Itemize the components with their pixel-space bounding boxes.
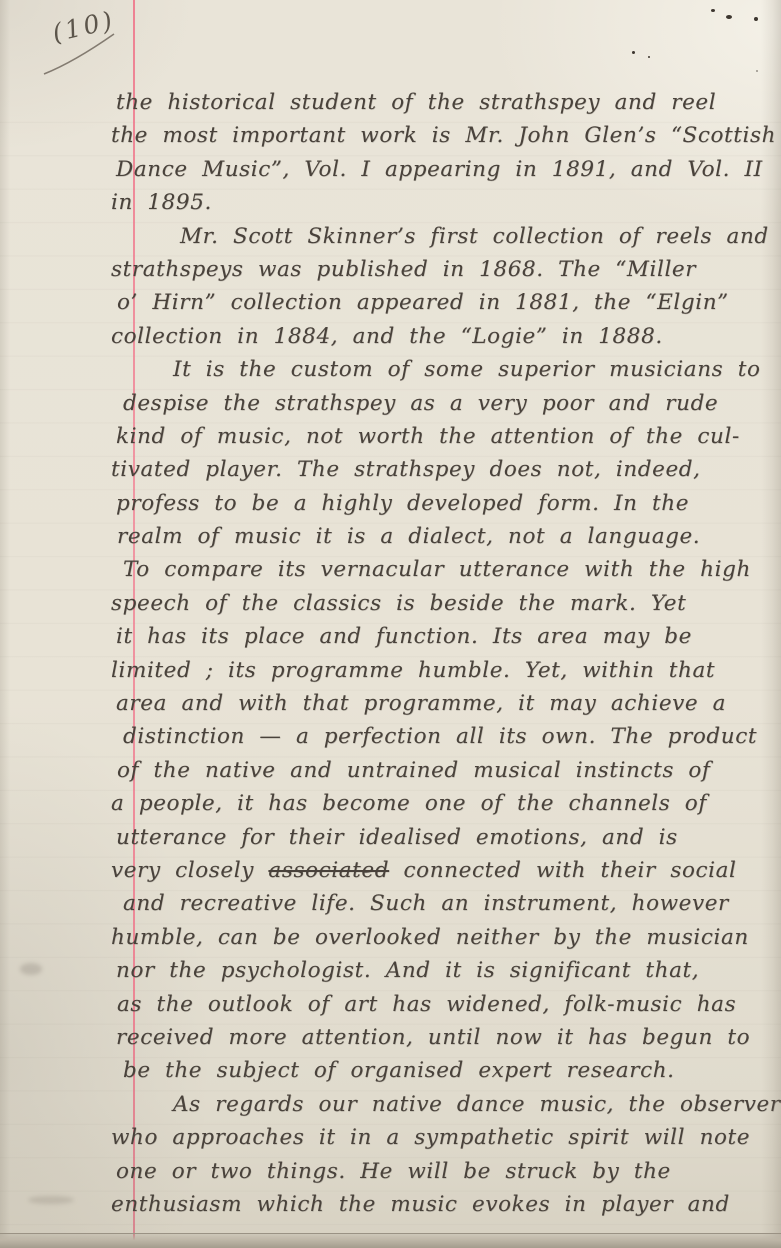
manuscript-line: strathspeys was published in 1868. The “… [111,253,764,286]
line-text: very closely [111,858,268,883]
line-text: of the native and untrained musical inst… [117,758,711,783]
line-text: utterance for their idealised emotions, … [116,825,678,850]
manuscript-line: very closely associated connected with t… [111,854,764,887]
ink-speck [711,9,715,12]
manuscript-line: profess to be a highly developed form. I… [116,487,764,520]
line-text: as the outlook of art has widened, folk-… [117,992,736,1017]
manuscript-line: realm of music it is a dialect, not a la… [117,520,764,553]
manuscript-line: humble, can be overlooked neither by the… [111,921,764,954]
manuscript-line: nor the psychologist. And it is signific… [116,954,764,987]
line-text: be the subject of organised expert resea… [123,1058,675,1083]
ink-speck [648,56,650,58]
manuscript-line: enthusiasm which the music evokes in pla… [111,1188,764,1221]
manuscript-line: o’ Hirn” collection appeared in 1881, th… [117,286,764,319]
line-text: As regards our native dance music, the o… [173,1092,781,1117]
manuscript-line: of the native and untrained musical inst… [117,754,764,787]
ink-speck [756,70,758,72]
page-number-flourish-stroke [40,28,120,78]
line-text: speech of the classics is beside the mar… [111,591,686,616]
manuscript-line: collection in 1884, and the “Logie” in 1… [111,320,764,353]
line-text: Dance Music”, Vol. I appearing in 1891, … [116,157,763,182]
line-text: o’ Hirn” collection appeared in 1881, th… [117,290,729,315]
line-text: and recreative life. Such an instrument,… [123,891,729,916]
line-text: despise the strathspey as a very poor an… [123,391,718,416]
bottom-edge-shadow [0,1233,781,1248]
ink-speck [632,51,635,54]
line-text: who approaches it in a sympathetic spiri… [111,1125,750,1150]
line-text: To compare its vernacular utterance with… [123,557,751,582]
line-text: profess to be a highly developed form. I… [116,491,689,516]
ink-speck [726,15,732,19]
line-text: one or two things. He will be struck by … [116,1159,671,1184]
line-text: area and with that programme, it may ach… [116,691,726,716]
line-text: distinction — a perfection all its own. … [123,724,757,749]
manuscript-line: one or two things. He will be struck by … [116,1155,764,1188]
manuscript-line: distinction — a perfection all its own. … [123,720,764,753]
line-text: the most important work is Mr. John Glen… [111,123,776,148]
struck-word: associated [268,858,389,883]
manuscript-line: tivated player. The strathspey does not,… [111,453,764,486]
line-text: in 1895. [111,190,212,215]
manuscript-line: in 1895. [111,186,764,219]
line-text: received more attention, until now it ha… [116,1025,750,1050]
page-edge-shadow [761,0,781,1248]
smudge-mark [28,1196,74,1204]
manuscript-line: area and with that programme, it may ach… [116,687,764,720]
manuscript-line: As regards our native dance music, the o… [116,1088,764,1121]
line-text: Mr. Scott Skinner’s first collection of … [180,224,769,249]
manuscript-line: It is the custom of some superior musici… [116,353,764,386]
manuscript-line: as the outlook of art has widened, folk-… [117,988,764,1021]
line-text: nor the psychologist. And it is signific… [116,958,699,983]
line-text: humble, can be overlooked neither by the… [111,925,749,950]
manuscript-line: be the subject of organised expert resea… [123,1054,764,1087]
manuscript-line: the most important work is Mr. John Glen… [111,119,764,152]
line-text: realm of music it is a dialect, not a la… [117,524,700,549]
manuscript-line: the historical student of the strathspey… [116,86,764,119]
line-text: it has its place and function. Its area … [116,624,692,649]
left-edge-shading [0,0,10,1248]
line-text: enthusiasm which the music evokes in pla… [111,1192,730,1217]
smudge-mark [20,963,42,975]
manuscript-line: kind of music, not worth the attention o… [116,420,764,453]
line-text: the historical student of the strathspey… [116,90,716,115]
line-text: kind of music, not worth the attention o… [116,424,740,449]
line-text: connected with their social [389,858,736,883]
manuscript-lines: the historical student of the strathspey… [116,86,764,1221]
manuscript-line: a people, it has become one of the chann… [111,787,764,820]
manuscript-line: speech of the classics is beside the mar… [111,587,764,620]
manuscript-line: and recreative life. Such an instrument,… [123,887,764,920]
line-text: tivated player. The strathspey does not,… [111,457,701,482]
manuscript-line: Mr. Scott Skinner’s first collection of … [123,220,764,253]
line-text: a people, it has become one of the chann… [111,791,707,816]
manuscript-page: (10) the historical student of the strat… [0,0,781,1248]
line-text: limited ; its programme humble. Yet, wit… [111,658,715,683]
ink-speck [754,17,758,21]
manuscript-line: utterance for their idealised emotions, … [116,821,764,854]
manuscript-line: To compare its vernacular utterance with… [123,553,764,586]
line-text: collection in 1884, and the “Logie” in 1… [111,324,663,349]
line-text: It is the custom of some superior musici… [173,357,761,382]
manuscript-line: it has its place and function. Its area … [116,620,764,653]
manuscript-line: Dance Music”, Vol. I appearing in 1891, … [116,153,764,186]
manuscript-line: limited ; its programme humble. Yet, wit… [111,654,764,687]
manuscript-line: who approaches it in a sympathetic spiri… [111,1121,764,1154]
line-text: strathspeys was published in 1868. The “… [111,257,696,282]
manuscript-line: despise the strathspey as a very poor an… [123,387,764,420]
manuscript-line: received more attention, until now it ha… [116,1021,764,1054]
